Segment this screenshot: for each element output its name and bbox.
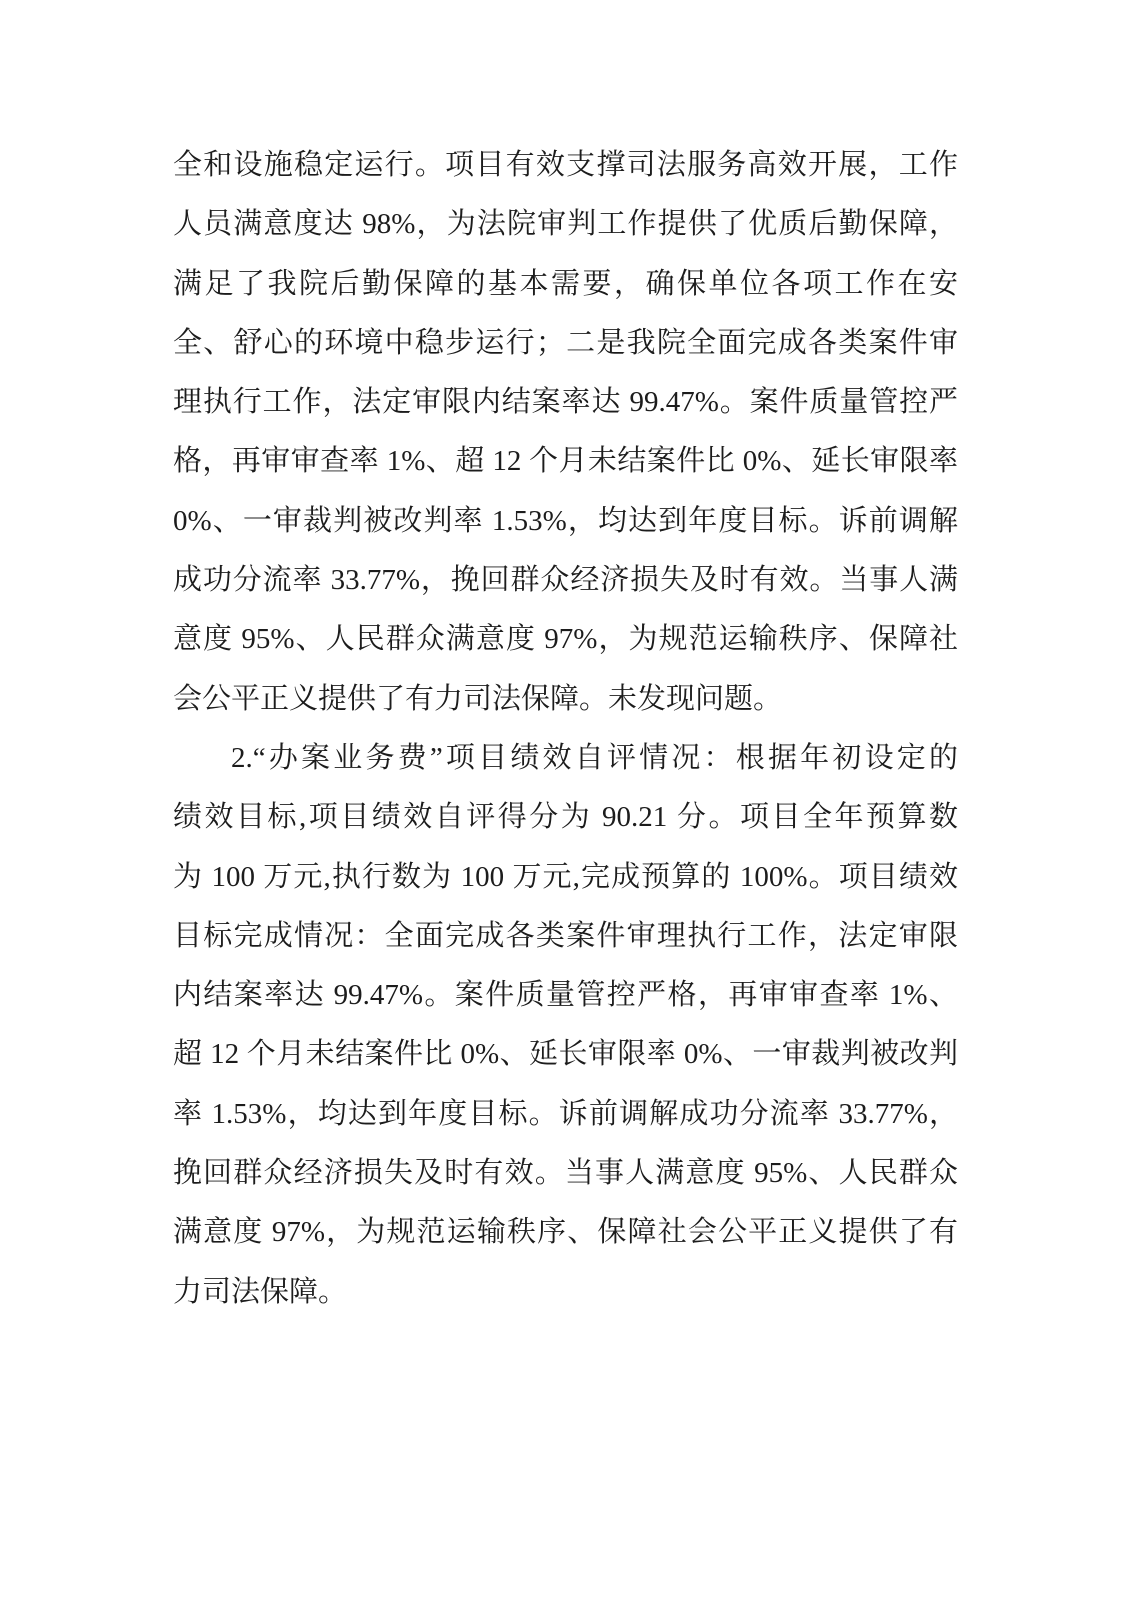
paragraph: 2.“办案业务费”项目绩效自评情况：根据年初设定的绩效目标,项目绩效自评得分为 …: [173, 729, 958, 1322]
text-line: 成功分流率 33.77%，挽回群众经济损失及时有效。当事人满: [173, 551, 958, 610]
text-line: 超 12 个月未结案件比 0%、延长审限率 0%、一审裁判被改判: [173, 1025, 958, 1084]
text-line: 率 1.53%，均达到年度目标。诉前调解成功分流率 33.77%，: [173, 1085, 958, 1144]
text-line: 会公平正义提供了有力司法保障。未发现问题。: [173, 670, 958, 729]
text-line: 人员满意度达 98%，为法院审判工作提供了优质后勤保障，: [173, 195, 958, 254]
text-line: 满意度 97%，为规范运输秩序、保障社会公平正义提供了有: [173, 1203, 958, 1262]
text-line: 满足了我院后勤保障的基本需要，确保单位各项工作在安: [173, 255, 958, 314]
text-line: 2.“办案业务费”项目绩效自评情况：根据年初设定的: [173, 729, 958, 788]
text-block: 全和设施稳定运行。项目有效支撑司法服务高效开展，工作人员满意度达 98%，为法院…: [173, 136, 958, 1322]
text-line: 力司法保障。: [173, 1263, 958, 1322]
text-line: 格，再审审查率 1%、超 12 个月未结案件比 0%、延长审限率: [173, 432, 958, 491]
text-line: 内结案率达 99.47%。案件质量管控严格，再审审查率 1%、: [173, 966, 958, 1025]
text-line: 意度 95%、人民群众满意度 97%，为规范运输秩序、保障社: [173, 610, 958, 669]
text-line: 0%、一审裁判被改判率 1.53%，均达到年度目标。诉前调解: [173, 492, 958, 551]
text-line: 目标完成情况：全面完成各类案件审理执行工作，法定审限: [173, 907, 958, 966]
text-line: 为 100 万元,执行数为 100 万元,完成预算的 100%。项目绩效: [173, 848, 958, 907]
paragraph: 全和设施稳定运行。项目有效支撑司法服务高效开展，工作人员满意度达 98%，为法院…: [173, 136, 958, 729]
text-line: 全、舒心的环境中稳步运行；二是我院全面完成各类案件审: [173, 314, 958, 373]
document-page: 全和设施稳定运行。项目有效支撑司法服务高效开展，工作人员满意度达 98%，为法院…: [0, 0, 1131, 1600]
text-line: 挽回群众经济损失及时有效。当事人满意度 95%、人民群众: [173, 1144, 958, 1203]
text-line: 理执行工作，法定审限内结案率达 99.47%。案件质量管控严: [173, 373, 958, 432]
text-line: 全和设施稳定运行。项目有效支撑司法服务高效开展，工作: [173, 136, 958, 195]
text-line: 绩效目标,项目绩效自评得分为 90.21 分。项目全年预算数: [173, 788, 958, 847]
